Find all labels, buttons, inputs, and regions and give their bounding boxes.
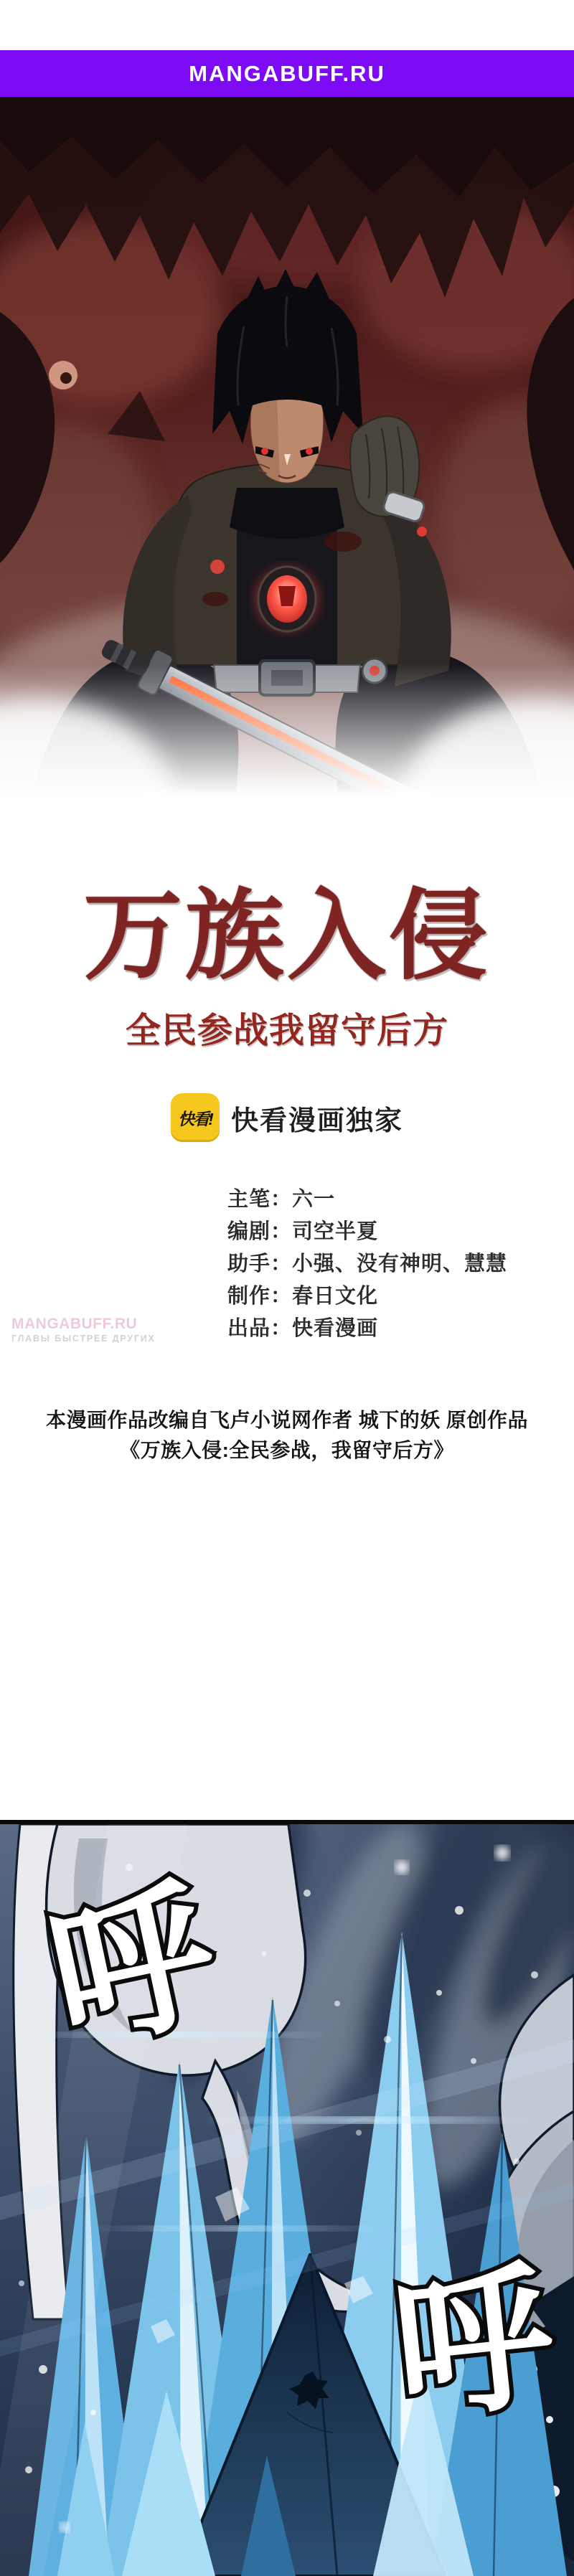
manga-reader-page: MANGABUFF.RU — [0, 0, 574, 2576]
credit-row: 制作：春日文化 — [227, 1280, 507, 1313]
credit-row: 助手：小强、没有神明、慧慧 — [227, 1248, 507, 1280]
cover-illustration — [0, 97, 574, 854]
exclusive-row: 快看! 快看漫画独家 — [0, 1092, 574, 1143]
credit-row: 主笔：六一 — [227, 1184, 507, 1216]
cover-art — [0, 97, 574, 854]
kuaikan-logo-badge: 快看! — [171, 1093, 220, 1142]
site-name: MANGABUFF.RU — [189, 61, 385, 87]
series-title: 万族入侵 — [0, 884, 574, 989]
red-eye-left — [261, 448, 268, 455]
watermark-site-name: MANGABUFF.RU — [11, 1315, 156, 1334]
credit-row: 编剧：司空半夏 — [227, 1216, 507, 1248]
exclusive-label: 快看漫画独家 — [231, 1098, 403, 1138]
manga-panel: 呼 呼 — [0, 1824, 574, 2576]
red-eye-right — [306, 448, 313, 455]
credit-row: 出品：快看漫画 — [227, 1313, 507, 1345]
adaptation-note: 本漫画作品改编自飞卢小说网作者 城下的妖 原创作品 — [0, 1405, 574, 1433]
site-banner: MANGABUFF.RU — [0, 50, 574, 97]
watermark-tagline: ГЛАВЫ БЫСТРЕЕ ДРУГИХ — [11, 1334, 156, 1345]
site-watermark: MANGABUFF.RU ГЛАВЫ БЫСТРЕЕ ДРУГИХ — [11, 1315, 156, 1345]
credits-list: 主笔：六一 编剧：司空半夏 助手：小强、没有神明、慧慧 制作：春日文化 出品：快… — [227, 1184, 507, 1345]
adaptation-source-title: 《万族入侵:全民参战，我留守后方》 — [0, 1435, 574, 1463]
series-subtitle: 全民参战我留守后方 — [0, 1003, 574, 1053]
ice-scene-illustration — [0, 1824, 574, 2576]
